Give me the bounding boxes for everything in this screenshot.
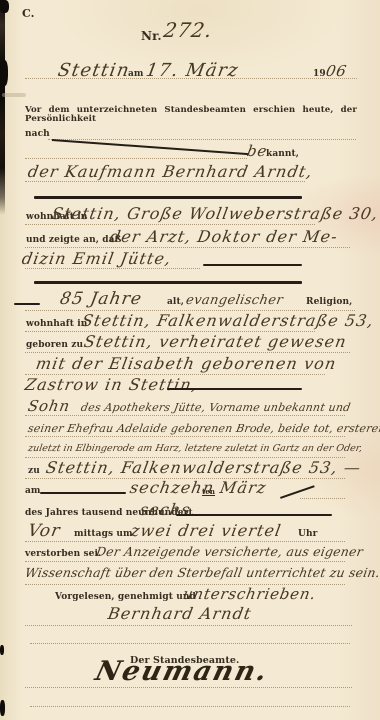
ruled-line — [25, 436, 345, 437]
alt-label: alt, — [167, 298, 184, 307]
time-vor-value: Vor — [27, 523, 62, 540]
ruled-line — [25, 415, 345, 416]
zeigte-an-label: und zeigte an, daß — [26, 236, 121, 245]
time-mittags-label: mittags um — [74, 530, 133, 539]
ruled-line — [48, 139, 356, 140]
death-place-value: Stettin, Falkenwalderstraße 53, — — [45, 460, 363, 476]
ruled-line — [25, 247, 350, 248]
scan-edge-blob — [0, 60, 8, 86]
geboren-value1: Stettin, verheiratet gewesen — [83, 334, 348, 350]
ruled-line — [25, 268, 200, 269]
ruled-line — [30, 643, 350, 644]
ruled-line — [25, 78, 357, 79]
wohnhaft2-value: Stettin, Falkenwalderstraße 53, — [81, 313, 376, 329]
ruled-line — [25, 687, 352, 688]
ruled-line — [300, 498, 345, 499]
ruled-line — [25, 224, 315, 225]
deceased-line1: der Arzt, Doktor der Me- — [109, 229, 340, 245]
scan-edge-blob — [0, 645, 4, 655]
record-number-value: 272. — [162, 20, 214, 40]
bekannt-hand-part: be — [246, 144, 269, 159]
ruled-line — [25, 561, 345, 562]
scan-edge-blob — [0, 700, 5, 716]
time-value: zwei drei viertel — [130, 523, 283, 539]
ruled-line — [25, 352, 350, 353]
religion-value: evangelischer — [185, 294, 284, 307]
ruled-line — [30, 706, 350, 707]
parents-rest: des Apothekers Jütte, Vorname unbekannt … — [80, 402, 351, 413]
section-rule — [34, 196, 302, 199]
dateline-year-hand: 06 — [325, 64, 348, 79]
religion-label: Religion, — [306, 298, 352, 307]
geboren-label: geboren zu — [26, 341, 83, 350]
fill-line — [203, 264, 302, 266]
assurance-line1: Der Anzeigende versicherte, aus eigener — [95, 546, 364, 559]
flourish-stroke — [280, 485, 315, 499]
fill-line — [40, 492, 126, 494]
form-corner-mark: C. — [22, 8, 35, 19]
geboren-value2: mit der Elisabeth geborenen von — [35, 356, 338, 372]
scan-left-edge — [0, 0, 5, 215]
fill-line — [167, 388, 302, 390]
time-uhr-label: Uhr — [298, 530, 317, 539]
death-record-scan: C. Nr. 272. Stettin am 17. März 19 06 Vo… — [0, 0, 380, 720]
geboren-value3: Zastrow in Stettin, — [24, 377, 200, 393]
fill-dash — [14, 303, 40, 305]
vorgelesen-label: Vorgelesen, genehmigt und — [55, 593, 196, 602]
record-number-label: Nr. — [141, 30, 162, 42]
assurance-line2: Wissenschaft über den Sterbefall unterri… — [24, 567, 380, 580]
ruled-line — [25, 158, 247, 159]
scan-smudge — [2, 93, 26, 97]
registrar-signature: Neumann. — [93, 658, 272, 685]
wohnhaft1-value: Stettin, Große Wollweberstraße 30, — [51, 206, 380, 222]
intro-paragraph: Vor dem unterzeichneten Standesbeamten e… — [25, 106, 357, 123]
declarant-signature: Bernhard Arndt — [107, 606, 253, 622]
strike-through-line — [52, 139, 249, 155]
scan-edge-blob — [0, 0, 9, 13]
wohnhaft2-label: wohnhaft in — [26, 320, 87, 329]
parents-line3: zuletzt in Elbingerode am Harz, letztere… — [27, 444, 363, 454]
ruled-line — [25, 541, 345, 542]
parents-line1: Sohn des Apothekers Jütte, Vorname unbek… — [28, 398, 350, 414]
verstorben-label: verstorben sei. — [25, 550, 101, 559]
deceased-line2: dizin Emil Jütte, — [21, 251, 173, 267]
age-value: 85 Jahre — [59, 291, 144, 308]
declarant-line: der Kaufmann Bernhard Arndt, — [27, 164, 314, 180]
parents-sohn: Sohn — [27, 399, 71, 414]
parents-line2: seiner Ehefrau Adelaide geborenen Brode,… — [27, 423, 380, 434]
intro-nach: nach — [25, 130, 50, 139]
unterschrieben-value: unterschrieben. — [182, 587, 318, 602]
ruled-line — [25, 181, 305, 182]
section-rule — [34, 281, 302, 284]
death-month-value: März — [219, 480, 268, 496]
ruled-line — [25, 625, 352, 626]
zu-label: zu — [28, 467, 40, 476]
fill-line — [176, 514, 332, 516]
death-am-label: am — [25, 487, 41, 496]
bekannt-print-part: kannt, — [266, 150, 299, 159]
ten-suffix-label: ten — [202, 488, 215, 496]
